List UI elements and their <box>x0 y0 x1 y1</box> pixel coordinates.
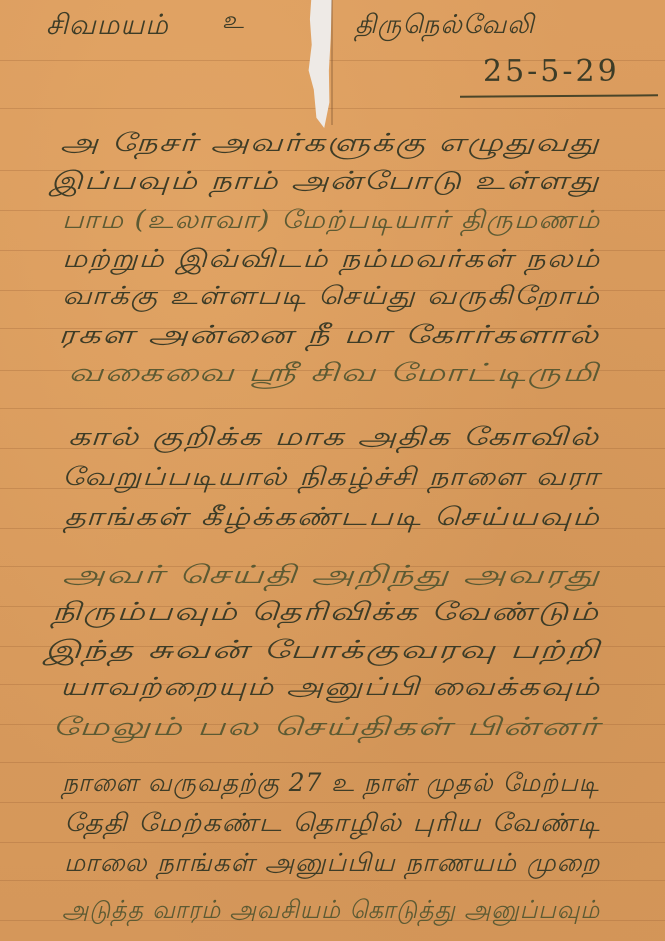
letter-line: கால் குறிக்க மாக அதிக கோவில் <box>68 422 599 455</box>
letter-line: மாலை நாங்கள் அனுப்பிய நாணயம் முறை <box>64 848 600 881</box>
header-date: 25-5-29 <box>483 54 620 89</box>
letter-line: பாம (உலாவா) மேற்படியார் திருமணம் <box>62 205 601 238</box>
letter-line: அ நேசர் அவர்களுக்கு எழுதுவது <box>60 128 600 161</box>
letter-line: யாவற்றையும் அனுப்பி வைக்கவும் <box>60 672 601 705</box>
ruled-line <box>0 762 665 763</box>
paper-tear-edge <box>331 0 333 125</box>
letter-paper: சிவமயம் உ திருநெல்வேலி 25-5-29 அ நேசர் அ… <box>0 0 665 941</box>
letter-line: ரகள அன்னை நீ மா கோர்களால் <box>58 320 600 353</box>
letter-line: மற்றும் இவ்விடம் நம்மவர்கள் நலம் <box>62 244 600 277</box>
letter-line: அவர் செய்தி அறிந்து அவரது <box>62 560 600 593</box>
header-mark: உ <box>222 6 245 37</box>
header-place: திருநெல்வேலி <box>355 10 535 43</box>
letter-line: நிரும்பவும் தெரிவிக்க வேண்டும் <box>52 597 599 630</box>
letter-line: அடுத்த வாரம் அவசியம் கொடுத்து அனுப்பவும் <box>62 895 600 928</box>
ruled-line <box>0 802 665 803</box>
letter-line: வகைவை ஸ்ரீ சிவ மோட்டிருமி <box>68 358 599 391</box>
header-salutation: சிவமயம் <box>46 8 169 45</box>
ruled-line <box>0 842 665 843</box>
letter-line: தாங்கள் கீழ்க்கண்டபடி செய்யவும் <box>64 502 600 535</box>
letter-line: வாக்கு உள்ளபடி செய்து வருகிறோம் <box>62 281 600 314</box>
letter-line: இப்பவும் நாம் அன்போடு உள்ளது <box>50 166 600 199</box>
letter-line: நாளை வருவதற்கு 27 உ நாள் முதல் மேற்படி <box>62 768 600 801</box>
ruled-line <box>0 408 665 409</box>
date-underline <box>460 94 658 97</box>
letter-line: இந்த சுவன் போக்குவரவு பற்றி <box>44 635 601 668</box>
letter-line: வேறுப்படியால் நிகழ்ச்சி நாளை வரா <box>62 462 600 495</box>
letter-line: மேலும் பல செய்திகள் பின்னர் <box>52 712 600 745</box>
letter-line: தேதி மேற்கண்ட தொழில் புரிய வேண்டி <box>64 808 601 841</box>
